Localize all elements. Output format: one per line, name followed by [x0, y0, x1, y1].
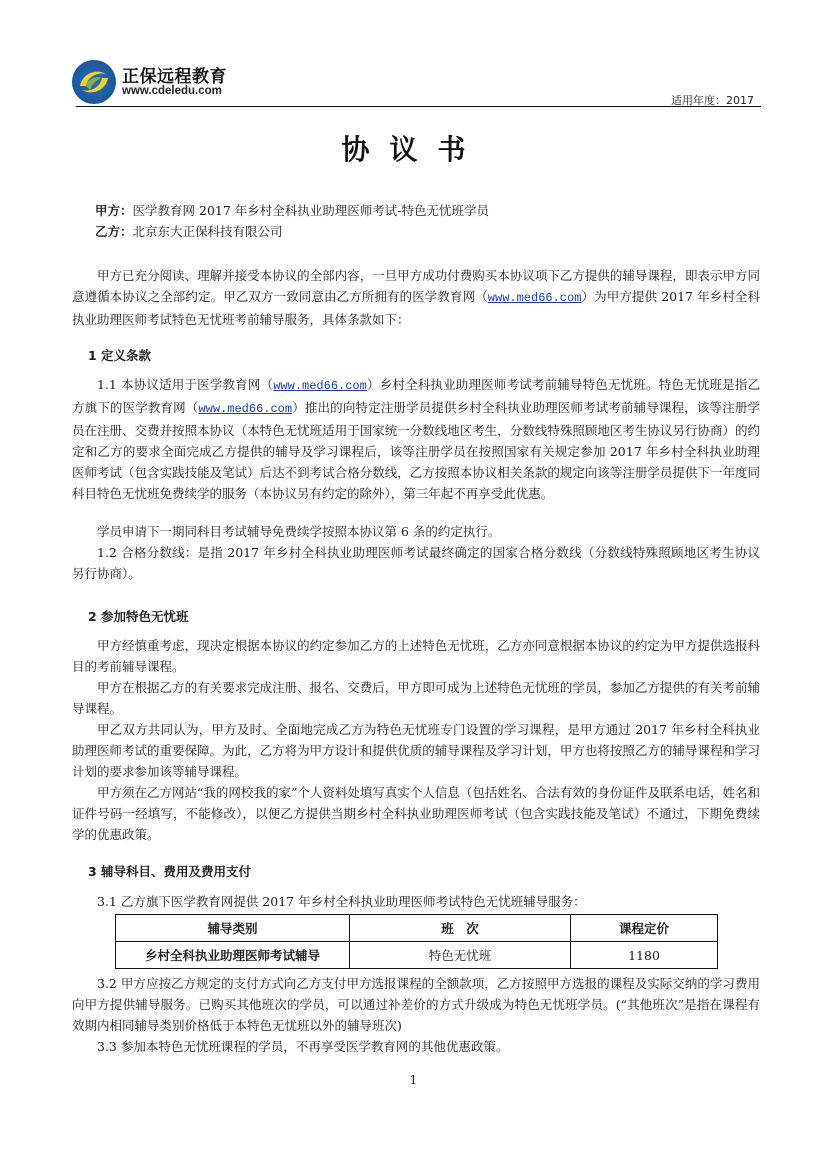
clause-1-1-note: 学员申请下一期同科目考试辅导免费续学按照本协议第 6 条的约定执行。 — [72, 521, 760, 542]
section-2-para-1: 甲方经慎重考虑，现决定根据本协议的约定参加乙方的上述特色无忧班，乙方亦同意根据本… — [72, 635, 760, 677]
party-b: 乙方：北京东大正保科技有限公司 — [95, 222, 283, 240]
table-header: 辅导类别 — [116, 915, 350, 942]
header-divider — [76, 106, 761, 107]
med66-link[interactable]: www.med66.com — [273, 379, 367, 393]
party-a: 甲方：医学教育网 2017 年乡村全科执业助理医师考试-特色无忧班学员 — [95, 201, 489, 219]
table-header-row: 辅导类别 班 次 课程定价 — [116, 915, 718, 942]
section-1-heading: 1 定义条款 — [88, 346, 151, 364]
party-a-value: 医学教育网 2017 年乡村全科执业助理医师考试-特色无忧班学员 — [133, 203, 489, 218]
table-header: 班 次 — [350, 915, 571, 942]
clause-3-1: 3.1 乙方旗下医学教育网提供 2017 年乡村全科执业助理医师考试特色无忧班辅… — [72, 891, 760, 912]
table-cell-category: 乡村全科执业助理医师考试辅导 — [116, 942, 350, 969]
page-header: 正保远程教育 www.cdeledu.com 适用年度：2017 — [72, 58, 762, 108]
table-header: 课程定价 — [571, 915, 718, 942]
party-a-label: 甲方： — [95, 203, 133, 218]
price-table: 辅导类别 班 次 课程定价 乡村全科执业助理医师考试辅导 特色无忧班 1180 — [115, 914, 718, 969]
table-cell-class: 特色无忧班 — [350, 942, 571, 969]
party-b-label: 乙方： — [95, 224, 133, 239]
document-title: 协议书 — [0, 128, 827, 168]
clause-3-2: 3.2 甲方应按乙方规定的支付方式向乙方支付甲方选报课程的全额款项，乙方按照甲方… — [72, 973, 760, 1036]
section-2-para-2: 甲方在根据乙方的有关要求完成注册、报名、交费后，甲方即可成为上述特色无忧班的学员… — [72, 677, 760, 719]
section-3-heading: 3 辅导科目、费用及费用支付 — [88, 862, 251, 880]
page-number: 1 — [0, 1073, 827, 1087]
intro-paragraph: 甲方已充分阅读、理解并接受本协议的全部内容，一旦甲方成功付费购买本协议项下乙方提… — [72, 265, 760, 330]
table-row: 乡村全科执业助理医师考试辅导 特色无忧班 1180 — [116, 942, 718, 969]
company-logo-icon — [72, 60, 116, 104]
logo-url: www.cdeledu.com — [122, 85, 222, 97]
party-b-value: 北京东大正保科技有限公司 — [133, 224, 283, 239]
med66-link[interactable]: www.med66.com — [488, 291, 582, 305]
med66-link[interactable]: www.med66.com — [198, 402, 292, 416]
section-2-para-3: 甲乙双方共同认为，甲方及时、全面地完成乙方为特色无忧班专门设置的学习课程，是甲方… — [72, 719, 760, 782]
clause-3-3: 3.3 参加本特色无忧班课程的学员，不再享受医学教育网的其他优惠政策。 — [72, 1036, 760, 1057]
section-2-heading: 2 参加特色无忧班 — [88, 607, 189, 625]
section-2-para-4: 甲方须在乙方网站“我的网校我的家”个人资料处填写真实个人信息（包括姓名、合法有效… — [72, 782, 760, 845]
clause-1-2: 1.2 合格分数线：是指 2017 年乡村全科执业助理医师考试最终确定的国家合格… — [72, 542, 760, 584]
table-cell-price: 1180 — [571, 942, 718, 969]
logo-title: 正保远程教育 — [122, 62, 227, 87]
clause-1-1: 1.1 本协议适用于医学教育网（www.med66.com）乡村全科执业助理医师… — [72, 374, 760, 504]
